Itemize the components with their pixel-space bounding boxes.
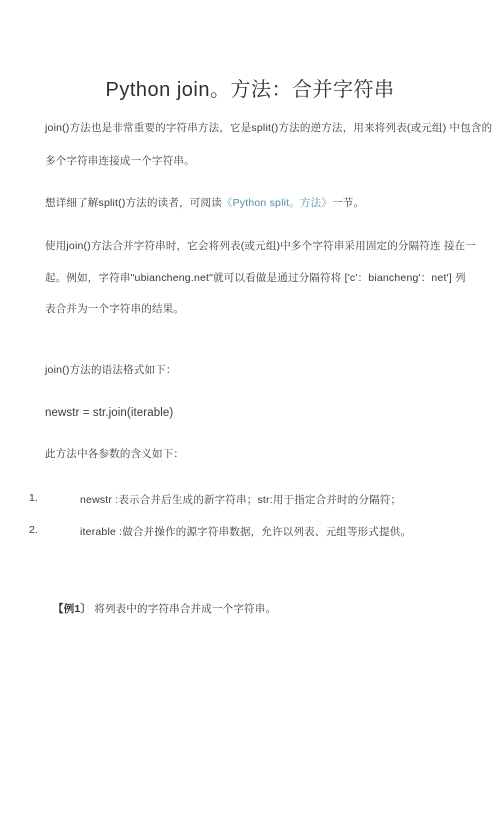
paragraph-2-text-after: 一节。 [332,197,364,209]
paragraph-3-line-1: 使用join()方法合并字符串时，它会将列表(或元组)中多个字符串采用固定的分隔… [45,238,476,253]
document-page: Python join。方法：合并字符串 join()方法也是非常重要的字符串方… [0,0,500,824]
example-1-label: 【例1〕 [53,603,91,615]
list-item-1-text: newstr :表示合并后生成的新字符串；str:用于指定合并时的分隔符； [80,492,401,507]
example-1-line: 【例1〕 将列表中的字符串合并成一个字符串。 [53,601,276,616]
syntax-code-text: newstr = str.join(iterable) [45,407,173,419]
paragraph-1-line-2: 多个字符串连接成一个字符串。 [45,153,195,168]
parameters-intro-text: 此方法中各参数的含义如下： [45,446,184,461]
syntax-intro-text: join()方法的语法格式如下： [45,362,177,377]
page-title: Python join。方法：合并字符串 [0,73,500,102]
list-item-2-number: 2. [29,524,38,536]
python-split-link[interactable]: 《Python split。方法》 [222,197,332,209]
paragraph-1-line-1: join()方法也是非常重要的字符串方法，它是split()方法的逆方法，用来将… [45,120,492,135]
example-1-text: 将列表中的字符串合并成一个字符串。 [91,603,276,615]
paragraph-3-line-3: 表合并为一个字符串的结果。 [45,301,184,316]
list-item-2-text: iterable :做合并操作的源字符串数据，允许以列表、元组等形式提供。 [80,524,411,539]
list-item-1-number: 1. [29,492,38,504]
paragraph-3-line-2: 起。例如，字符串"ubiancheng.net"就可以看做是通过分隔符将 ['c… [45,270,466,285]
paragraph-2: 想详细了解split()方法的读者，可阅读《Python split。方法》一节… [45,195,364,210]
paragraph-2-text-before: 想详细了解split()方法的读者，可阅读 [45,197,222,209]
